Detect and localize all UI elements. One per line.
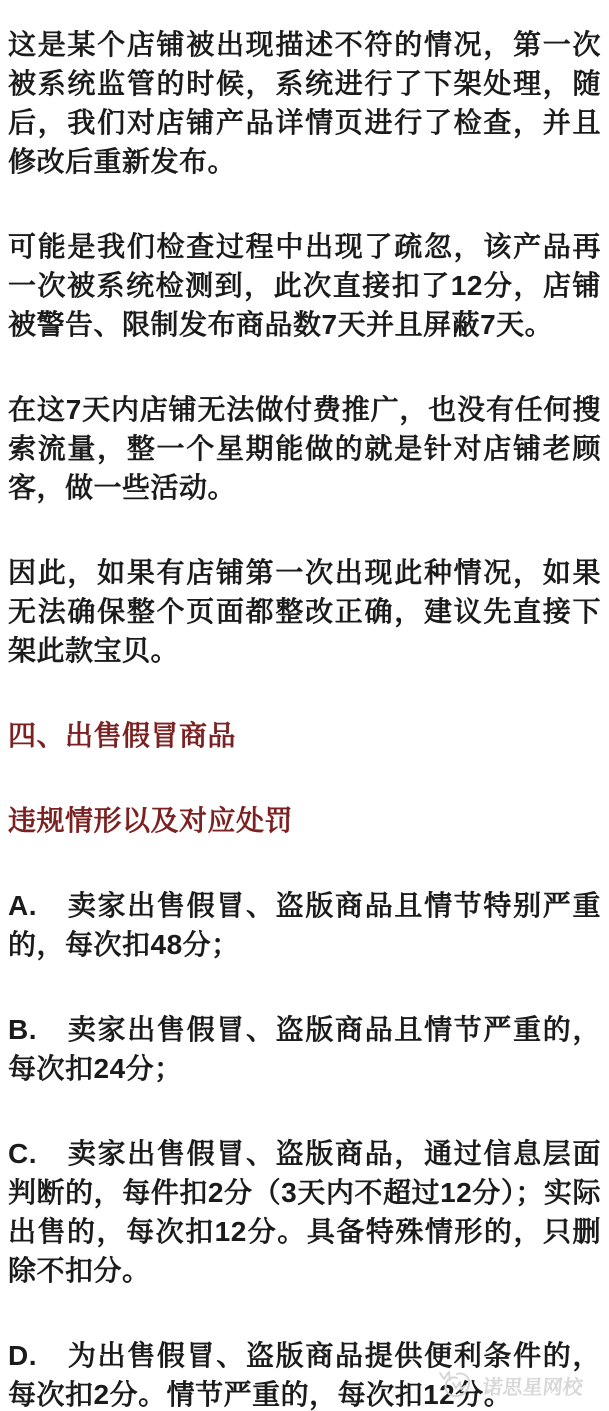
penalty-item-b: B. 卖家出售假冒、盗版商品且情节严重的，每次扣24分；	[8, 1010, 601, 1088]
paragraph-seven-days: 在这7天内店铺无法做付费推广，也没有任何搜索流量，整一个星期能做的就是针对店铺老…	[8, 390, 601, 507]
star-scribble-logo-icon	[437, 1367, 475, 1403]
watermark: 诺思星网校	[435, 1367, 585, 1403]
paragraph-intro: 这是某个店铺被出现描述不符的情况，第一次被系统监管的时候，系统进行了下架处理，随…	[8, 25, 601, 181]
watermark-label: 诺思星网校	[481, 1371, 584, 1400]
paragraph-second-violation: 可能是我们检查过程中出现了疏忽，该产品再一次被系统检测到，此次直接扣了12分，店…	[8, 227, 601, 344]
penalty-item-c: C. 卖家出售假冒、盗版商品，通过信息层面判断的，每件扣2分（3天内不超过12分…	[8, 1134, 601, 1290]
penalty-item-a: A. 卖家出售假冒、盗版商品且情节特别严重的，每次扣48分；	[8, 886, 601, 964]
subheading-violation-penalty: 违规情形以及对应处罚	[8, 801, 601, 840]
section-heading-counterfeit: 四、出售假冒商品	[8, 716, 601, 755]
article-body: 这是某个店铺被出现描述不符的情况，第一次被系统监管的时候，系统进行了下架处理，随…	[0, 0, 609, 1411]
paragraph-advice: 因此，如果有店铺第一次出现此种情况，如果无法确保整个页面都整改正确，建议先直接下…	[8, 553, 601, 670]
